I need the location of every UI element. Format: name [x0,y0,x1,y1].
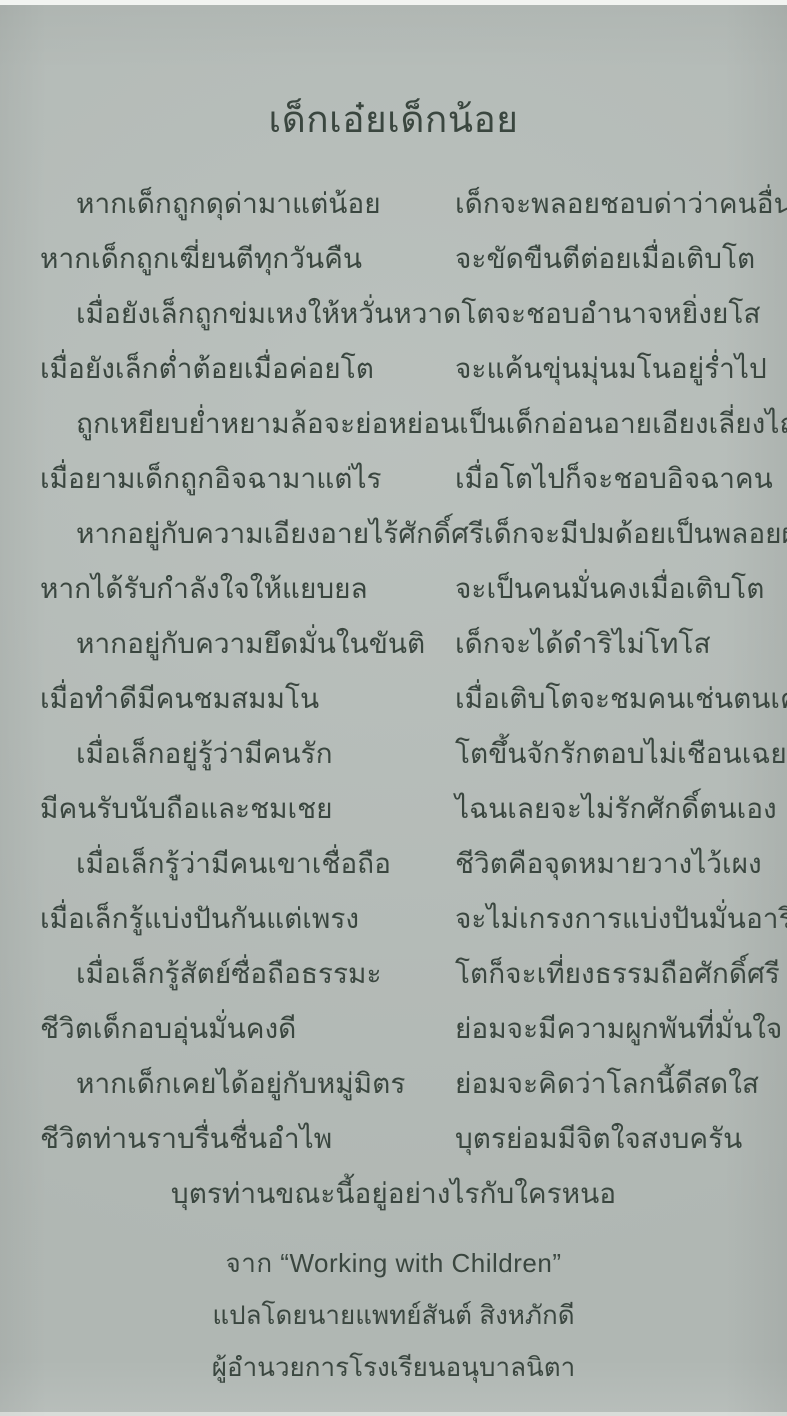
verse-row: เมื่อยามเด็กถูกอิจฉามาแต่ไรเมื่อโตไปก็จะ… [40,451,771,506]
verse-row: ชีวิตท่านราบรื่นชื่นอำไพบุตรย่อมมีจิตใจส… [40,1111,771,1166]
verse-left: ถูกเหยียบย่ำหยามล้อจะย่อหย่อน [40,396,459,451]
verse-left: เมื่อเล็กรู้สัตย์ซื่อถือธรรมะ [40,946,455,1001]
verse-left: เมื่อยามเด็กถูกอิจฉามาแต่ไร [40,451,455,506]
verse-right: โตจะชอบอำนาจหยิ่งยโส [461,286,771,341]
verse-left: หากเด็กถูกดุด่ามาแต่น้อย [40,176,455,231]
verse-right: ย่อมจะมีความผูกพันที่มั่นใจ [455,1001,782,1056]
verse-row: หากได้รับกำลังใจให้แยบยลจะเป็นคนมั่นคงเม… [40,561,771,616]
closing-line: บุตรท่านขณะนี้อยู่อย่างไรกับใครหนอ [0,1166,787,1221]
verse-row: เมื่อเล็กรู้แบ่งปันกันแต่เพรงจะไม่เกรงกา… [40,891,771,946]
verse-right: ไฉนเลยจะไม่รักศักดิ์ตนเอง [455,781,777,836]
verse-right: เด็กจะมีปมด้อยเป็นพลอยผล [484,506,787,561]
verse-row: หากเด็กถูกเฆี่ยนตีทุกวันคืนจะขัดขืนตีต่อ… [40,231,771,286]
verse-row: เมื่อเล็กรู้สัตย์ซื่อถือธรรมะโตก็จะเที่ย… [40,946,771,1001]
verse-row: ชีวิตเด็กอบอุ่นมั่นคงดีย่อมจะมีความผูกพั… [40,1001,771,1056]
verse-left: มีคนรับนับถือและชมเชย [40,781,455,836]
verse-left: เมื่อยังเล็กต่ำต้อยเมื่อค่อยโต [40,341,455,396]
page-bottom-edge [0,1412,787,1416]
verse-left: ชีวิตท่านราบรื่นชื่นอำไพ [40,1111,455,1166]
verse-row: หากเด็กเคยได้อยู่กับหมู่มิตรย่อมจะคิดว่า… [40,1056,771,1111]
verse-left: เมื่อเล็กรู้ว่ามีคนเขาเชื่อถือ [40,836,455,891]
verse-left: เมื่อเล็กอยู่รู้ว่ามีคนรัก [40,726,455,781]
role-line: ผู้อำนวยการโรงเรียนอนุบาลนิตา [0,1341,787,1393]
verse-left: เมื่อเล็กรู้แบ่งปันกันแต่เพรง [40,891,455,946]
verse-right: จะเป็นคนมั่นคงเมื่อเติบโต [455,561,771,616]
verse-left: หากอยู่กับความยึดมั่นในขันติ [40,616,455,671]
verse-row: หากเด็กถูกดุด่ามาแต่น้อยเด็กจะพลอยชอบด่า… [40,176,771,231]
verse-right: ชีวิตคือจุดหมายวางไว้เผง [455,836,771,891]
verse-row: เมื่อทำดีมีคนชมสมมโนเมื่อเติบโตจะชมคนเช่… [40,671,771,726]
verse-right: ย่อมจะคิดว่าโลกนี้ดีสดใส [455,1056,771,1111]
verse-right: จะแค้นขุ่นมุ่นมโนอยู่ร่ำไป [455,341,771,396]
verse-row: หากอยู่กับความเอียงอายไร้ศักดิ์ศรีเด็กจะ… [40,506,771,561]
verse-right: บุตรย่อมมีจิตใจสงบครัน [455,1111,771,1166]
verse-row: เมื่อเล็กรู้ว่ามีคนเขาเชื่อถือชีวิตคือจุ… [40,836,771,891]
attribution-block: จาก “Working with Children” แปลโดยนายแพท… [0,1237,787,1393]
verse-right: เป็นเด็กอ่อนอายเอียงเลี่ยงไถล [459,396,787,451]
verse-right: จะไม่เกรงการแบ่งปันมั่นอารีย์ [455,891,787,946]
verse-row: เมื่อเล็กอยู่รู้ว่ามีคนรักโตขึ้นจักรักตอ… [40,726,771,781]
scanned-poem-page: เด็กเอ๋ยเด็กน้อย หากเด็กถูกดุด่ามาแต่น้อ… [0,0,787,1416]
verse-right: เด็กจะได้ดำริไม่โทโส [455,616,771,671]
verse-left: เมื่อทำดีมีคนชมสมมโน [40,671,455,726]
verse-list: หากเด็กถูกดุด่ามาแต่น้อยเด็กจะพลอยชอบด่า… [0,176,787,1166]
verse-row: หากอยู่กับความยึดมั่นในขันติเด็กจะได้ดำร… [40,616,771,671]
verse-left: หากได้รับกำลังใจให้แยบยล [40,561,455,616]
verse-right: โตขึ้นจักรักตอบไม่เชือนเฉย [455,726,787,781]
verse-right: โตก็จะเที่ยงธรรมถือศักดิ์ศรี [455,946,780,1001]
verse-row: มีคนรับนับถือและชมเชยไฉนเลยจะไม่รักศักดิ… [40,781,771,836]
verse-row: เมื่อยังเล็กต่ำต้อยเมื่อค่อยโตจะแค้นขุ่น… [40,341,771,396]
poem-content: เด็กเอ๋ยเด็กน้อย หากเด็กถูกดุด่ามาแต่น้อ… [0,0,787,1393]
verse-row: ถูกเหยียบย่ำหยามล้อจะย่อหย่อนเป็นเด็กอ่อ… [40,396,771,451]
verse-left: หากอยู่กับความเอียงอายไร้ศักดิ์ศรี [40,506,484,561]
translator-line: แปลโดยนายแพทย์สันต์ สิงหภักดี [0,1289,787,1341]
verse-right: เมื่อโตไปก็จะชอบอิจฉาคน [455,451,773,506]
verse-row: เมื่อยังเล็กถูกข่มเหงให้หวั่นหวาดโตจะชอบ… [40,286,771,341]
verse-left: เมื่อยังเล็กถูกข่มเหงให้หวั่นหวาด [40,286,461,341]
verse-right: เด็กจะพลอยชอบด่าว่าคนอื่น [455,176,787,231]
poem-title: เด็กเอ๋ยเด็กน้อย [0,90,787,150]
source-line: จาก “Working with Children” [0,1237,787,1289]
verse-right: เมื่อเติบโตจะชมคนเช่นตนเคย [455,671,787,726]
verse-right: จะขัดขืนตีต่อยเมื่อเติบโต [455,231,771,286]
verse-left: หากเด็กเคยได้อยู่กับหมู่มิตร [40,1056,455,1111]
verse-left: ชีวิตเด็กอบอุ่นมั่นคงดี [40,1001,455,1056]
verse-left: หากเด็กถูกเฆี่ยนตีทุกวันคืน [40,231,455,286]
